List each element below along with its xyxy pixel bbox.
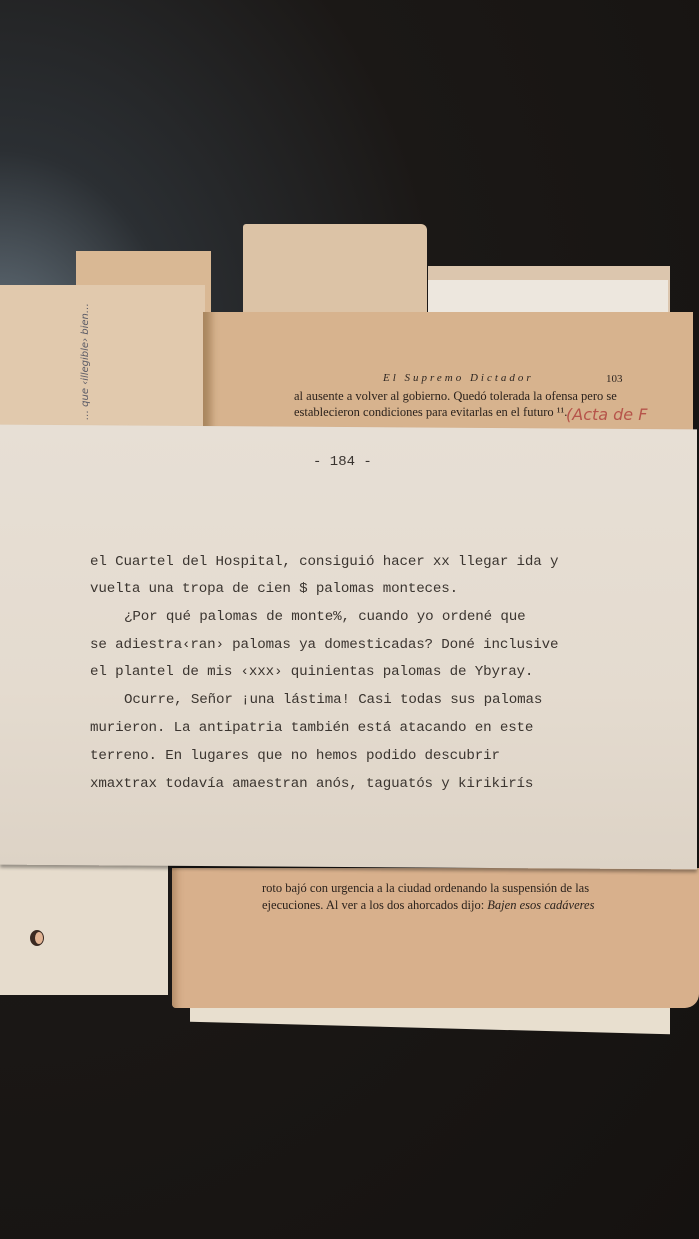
typed-line: xmaxtrax todavía amaestran anós, taguató… [90, 776, 533, 792]
typed-line: ¿Por qué palomas de monte%, cuando yo or… [124, 609, 525, 625]
book-line: establecieron condiciones para evitarlas… [294, 405, 567, 420]
typed-line: terreno. En lugares que no hemos podido … [90, 748, 500, 764]
book-line-italic: Bajen esos cadáveres [487, 898, 594, 912]
handwritten-note: … que ‹illegible› bien… [80, 300, 120, 420]
typed-line: Ocurre, Señor ¡una lástima! Casi todas s… [124, 692, 542, 708]
typed-line: se adiestra‹ran› palomas ya domesticadas… [90, 637, 558, 653]
book-line: roto bajó con urgencia a la ciudad orden… [262, 881, 589, 896]
typed-line: murieron. La antipatria también está ata… [90, 720, 533, 736]
left-loose-sheet-bottom [0, 860, 168, 995]
typed-line: el Cuartel del Hospital, consiguió hacer… [90, 554, 558, 570]
book-line: ejecuciones. Al ver a los dos ahorcados … [262, 898, 594, 913]
book-line-text: ejecuciones. Al ver a los dos ahorcados … [262, 898, 484, 912]
book-line: al ausente a volver al gobierno. Quedó t… [294, 389, 617, 404]
typed-line: el plantel de mis ‹xxx› quinientas palom… [90, 664, 533, 680]
typed-page-number: - 184 - [313, 454, 372, 470]
handwritten-annotation: (Acta de F [566, 405, 647, 424]
book-running-header: El Supremo Dictador [383, 372, 534, 384]
typed-line: vuelta una tropa de cien $ palomas monte… [90, 581, 458, 597]
book-page-number: 103 [606, 373, 623, 385]
punch-hole-icon [30, 930, 44, 946]
